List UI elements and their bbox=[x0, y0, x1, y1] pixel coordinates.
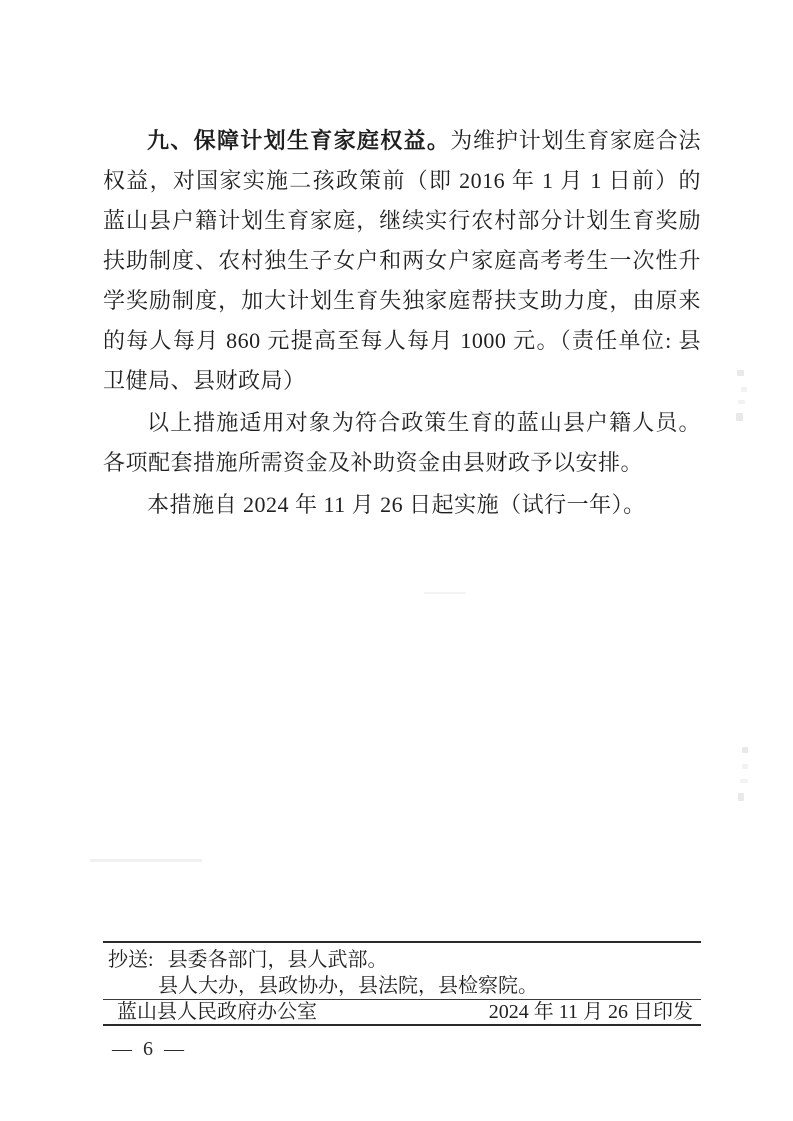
print-date: 2024 年 11 月 26 日印发 bbox=[489, 1001, 693, 1024]
scan-artifact bbox=[424, 592, 466, 594]
scan-artifact bbox=[738, 400, 745, 404]
scan-artifact bbox=[738, 793, 744, 801]
issuer-row: 蓝山县人民政府办公室 2024 年 11 月 26 日印发 bbox=[103, 1000, 701, 1024]
scan-artifact bbox=[737, 370, 744, 376]
scan-artifact bbox=[740, 779, 748, 783]
effective-date-paragraph: 本措施自 2024 年 11 月 26 日起实施（试行一年）。 bbox=[103, 485, 701, 525]
document-body: 九、保障计划生育家庭权益。为维护计划生育家庭合法权益，对国家实施二孩政策前（即 … bbox=[103, 121, 701, 525]
cc-recipients-1: 县委各部门，县人武部。 bbox=[168, 949, 388, 971]
document-footer: 抄送:县委各部门，县人武部。 县人大办，县政协办，县法院，县检察院。 蓝山县人民… bbox=[103, 941, 701, 1026]
cc-block: 抄送:县委各部门，县人武部。 县人大办，县政协办，县法院，县检察院。 bbox=[103, 943, 701, 999]
cc-line-1: 抄送:县委各部门，县人武部。 bbox=[103, 947, 701, 973]
scan-artifact bbox=[741, 387, 747, 392]
scope-paragraph: 以上措施适用对象为符合政策生育的蓝山县户籍人员。各项配套措施所需资金及补助资金由… bbox=[103, 403, 701, 483]
scan-artifact bbox=[736, 413, 743, 421]
section-9-text: 为维护计划生育家庭合法权益，对国家实施二孩政策前（即 2016 年 1 月 1 … bbox=[103, 128, 701, 393]
cc-label: 抄送: bbox=[108, 949, 154, 971]
footer-bottom-rule bbox=[103, 1024, 701, 1026]
issuer-office: 蓝山县人民政府办公室 bbox=[117, 1001, 317, 1024]
section-9-paragraph: 九、保障计划生育家庭权益。为维护计划生育家庭合法权益，对国家实施二孩政策前（即 … bbox=[103, 121, 701, 401]
page-number: — 6 — bbox=[112, 1038, 187, 1061]
scan-artifact bbox=[742, 747, 748, 753]
scan-artifact bbox=[90, 859, 202, 862]
document-page: 九、保障计划生育家庭权益。为维护计划生育家庭合法权益，对国家实施二孩政策前（即 … bbox=[0, 0, 793, 1121]
scan-artifact bbox=[742, 764, 748, 769]
section-9-heading: 九、保障计划生育家庭权益。 bbox=[147, 128, 450, 153]
cc-line-2: 县人大办，县政协办，县法院，县检察院。 bbox=[103, 973, 701, 999]
